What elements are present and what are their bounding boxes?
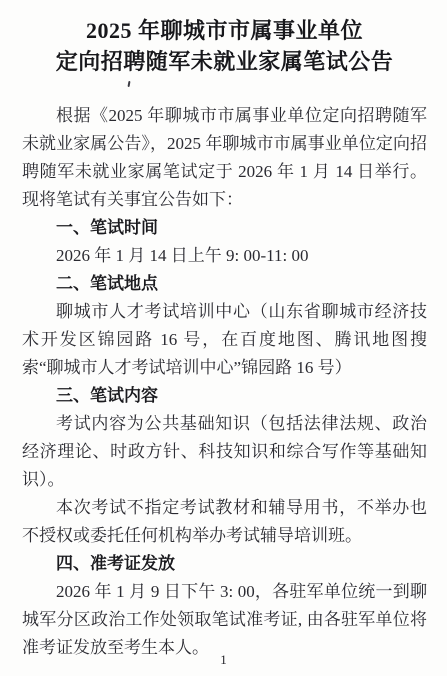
section-heading-admission-ticket: 四、准考证发放 [22, 550, 427, 578]
document-title: 2025 年聊城市市属事业单位 定向招聘随军未就业家属笔试公告 [22, 15, 427, 77]
section-exam-content-paragraph-2: 本次考试不指定考试教材和辅导用书，不举办也不授权或委托任何机构举办考试辅导培训班… [22, 494, 427, 550]
section-heading-exam-location: 二、笔试地点 [22, 270, 427, 298]
section-admission-ticket-paragraph: 2026 年 1 月 9 日下午 3: 00，各驻军单位统一到聊城军分区政治工作… [22, 578, 427, 662]
document-title-line-2: 定向招聘随军未就业家属笔试公告 [22, 46, 427, 77]
document-body: 根据《2025 年聊城市市属事业单位定向招聘随军未就业家属公告》，2025 年聊… [22, 102, 427, 662]
section-heading-exam-content: 三、笔试内容 [22, 382, 427, 410]
section-heading-exam-time: 一、笔试时间 [22, 214, 427, 242]
page-number: 1 [0, 652, 447, 668]
section-exam-content-paragraph-1: 考试内容为公共基础知识（包括法律法规、政治经济理论、时政方针、科技知识和综合写作… [22, 410, 427, 494]
section-exam-time-paragraph: 2026 年 1 月 14 日上午 9: 00-11: 00 [22, 242, 427, 270]
document-page: 2025 年聊城市市属事业单位 定向招聘随军未就业家属笔试公告 根据《2025 … [0, 0, 447, 676]
intro-paragraph: 根据《2025 年聊城市市属事业单位定向招聘随军未就业家属公告》，2025 年聊… [22, 102, 427, 214]
document-title-line-1: 2025 年聊城市市属事业单位 [22, 15, 427, 46]
document-content: 2025 年聊城市市属事业单位 定向招聘随军未就业家属笔试公告 根据《2025 … [0, 0, 447, 662]
section-exam-location-paragraph: 聊城市人才考试培训中心（山东省聊城市经济技术开发区锦园路 16 号，在百度地图、… [22, 298, 427, 382]
